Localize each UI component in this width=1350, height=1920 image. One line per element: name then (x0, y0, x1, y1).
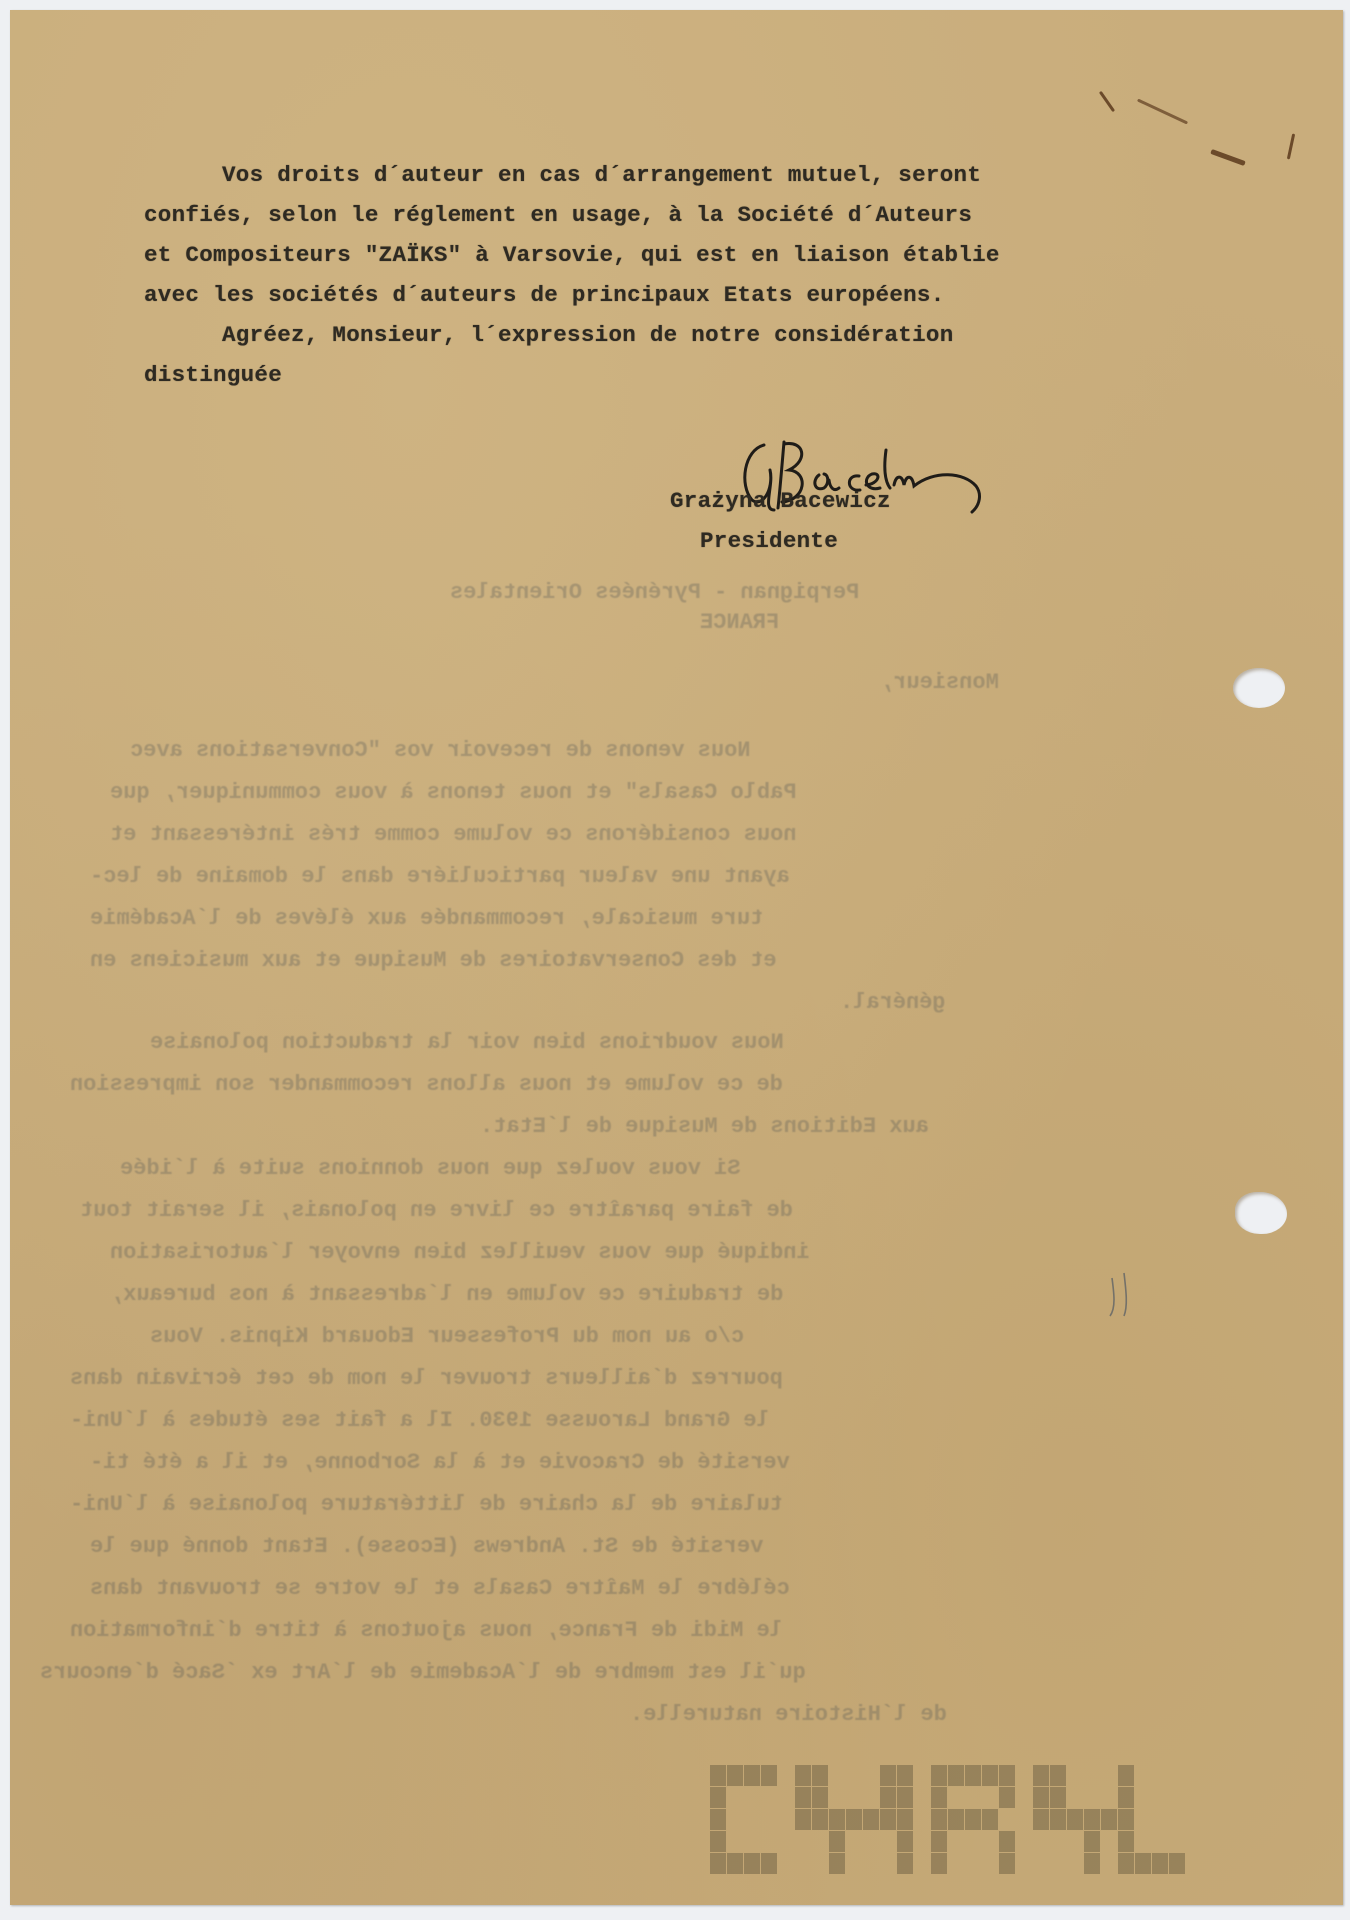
document-page: Perpignan - Pyrénées Orientales FRANCE M… (10, 10, 1343, 1905)
watermark-pixel (999, 1765, 1015, 1786)
paper-mark (1137, 99, 1188, 125)
watermark-pixel (1101, 1809, 1117, 1830)
watermark-pixel (727, 1787, 743, 1808)
signatory-name: Grażyna Bacewicz (670, 488, 891, 514)
ghost-line: de traduire ce volume en l´adressant à n… (110, 1282, 783, 1307)
watermark-pixel (1135, 1853, 1151, 1874)
watermark-pixel (948, 1787, 964, 1808)
punch-hole (1233, 668, 1285, 708)
watermark-pixel (1118, 1787, 1134, 1808)
watermark-pixel (1033, 1765, 1049, 1786)
watermark-pixel (846, 1765, 862, 1786)
watermark-pixel (931, 1787, 947, 1808)
watermark-pixel (948, 1765, 964, 1786)
ghost-line: Nous venons de recevoir vos "Conversatio… (130, 738, 751, 763)
paper-mark (1210, 149, 1246, 166)
watermark-pixel (744, 1853, 760, 1874)
watermark-pixel (829, 1765, 845, 1786)
ghost-line: et des Conservatoires de Musique et aux … (90, 948, 777, 973)
watermark-pixel (1033, 1853, 1049, 1874)
watermark-pixel (863, 1809, 879, 1830)
body-line: et Compositeurs "ZAÏKS" à Varsovie, qui … (144, 242, 1000, 268)
watermark-pixel (1050, 1831, 1066, 1852)
closing-line: Agréez, Monsieur, l´expression de notre … (222, 322, 954, 348)
ghost-line: tulaire de la chaire de littérature polo… (70, 1492, 783, 1517)
watermark-pixel (778, 1853, 794, 1874)
watermark-pixel (795, 1765, 811, 1786)
watermark-pixel (1033, 1809, 1049, 1830)
watermark-pixel (999, 1809, 1015, 1830)
watermark-pixel (880, 1831, 896, 1852)
watermark-pixel (795, 1831, 811, 1852)
watermark-pixel (1050, 1853, 1066, 1874)
watermark-pixel (1050, 1787, 1066, 1808)
ghost-line: c/o au nom du Professeur Edouard Kipnis.… (150, 1324, 744, 1349)
ghost-line: qu´il est membre de l´Academie de l´Art … (40, 1660, 806, 1685)
paper-mark (1287, 133, 1295, 159)
watermark-pixel (1033, 1787, 1049, 1808)
ghost-line: ture musicale, recommandée aux éléves de… (90, 906, 763, 931)
watermark-pixel (829, 1831, 845, 1852)
watermark-pixel (744, 1809, 760, 1830)
watermark-pixel (948, 1853, 964, 1874)
watermark-pixel (948, 1809, 964, 1830)
watermark-pixel (846, 1787, 862, 1808)
watermark-pixel (1135, 1787, 1151, 1808)
watermark-pixel (1118, 1831, 1134, 1852)
watermark-pixel (1016, 1853, 1032, 1874)
watermark-pixel (744, 1831, 760, 1852)
watermark-pixel (1152, 1853, 1168, 1874)
watermark-pixel (1016, 1831, 1032, 1852)
watermark-pixel (1084, 1787, 1100, 1808)
ghost-line: le Grand Larousse 1930. Il a fait ses ét… (70, 1408, 770, 1433)
watermark-pixel (710, 1765, 726, 1786)
body-line: avec les sociétés d´auteurs de principau… (144, 282, 945, 308)
watermark-pixel (812, 1787, 828, 1808)
paper-mark (1099, 91, 1115, 112)
watermark-pixel (744, 1787, 760, 1808)
ghost-line: le Midi de France, nous ajoutons à titre… (70, 1618, 783, 1643)
watermark-pixel (812, 1809, 828, 1830)
watermark-pixel (931, 1809, 947, 1830)
watermark-pixel (1152, 1831, 1168, 1852)
watermark-pixel (1101, 1765, 1117, 1786)
watermark-pixel (1169, 1787, 1185, 1808)
watermark-pixel (863, 1765, 879, 1786)
watermark-pixel (880, 1787, 896, 1808)
ghost-line: Monsieur, (880, 670, 999, 695)
watermark-pixel (1067, 1787, 1083, 1808)
watermark-pixel (1118, 1809, 1134, 1830)
ghost-line: indiqué que vous veuillez bien envoyer l… (110, 1240, 810, 1265)
watermark-pixel (1016, 1809, 1032, 1830)
watermark-pixel (1084, 1831, 1100, 1852)
ghost-line: de l´Histoire naturelle. (630, 1702, 947, 1727)
watermark-pixel (1050, 1765, 1066, 1786)
watermark-pixel (1067, 1853, 1083, 1874)
watermark-pixel (914, 1765, 930, 1786)
watermark-pixel (931, 1765, 947, 1786)
watermark-pixel (965, 1831, 981, 1852)
watermark-pixel (1067, 1831, 1083, 1852)
watermark-pixel (1084, 1765, 1100, 1786)
watermark-pixel (982, 1787, 998, 1808)
body-line: confiés, selon le réglement en usage, à … (144, 202, 972, 228)
watermark-pixel (1101, 1787, 1117, 1808)
punch-hole (1235, 1192, 1287, 1234)
watermark-pixel (914, 1787, 930, 1808)
watermark-pixel (999, 1831, 1015, 1852)
watermark-pixel (1152, 1765, 1168, 1786)
watermark-pixel (897, 1809, 913, 1830)
ghost-line: général. (840, 990, 946, 1015)
watermark-pixel (1169, 1853, 1185, 1874)
watermark-pixel (778, 1809, 794, 1830)
watermark-pixel (761, 1809, 777, 1830)
watermark-pixel (1084, 1809, 1100, 1830)
watermark-pixel (880, 1809, 896, 1830)
watermark-pixel (846, 1853, 862, 1874)
watermark-pixel (727, 1831, 743, 1852)
signatory-title: Presidente (700, 528, 838, 554)
ghost-line: de ce volume et nous allons recommander … (70, 1072, 783, 1097)
watermark-pixel (863, 1853, 879, 1874)
watermark-pixel (727, 1765, 743, 1786)
watermark-pixel (761, 1787, 777, 1808)
ghost-line: pourrez d´ailleurs trouver le nom de cet… (70, 1366, 783, 1391)
watermark-pixel (1118, 1853, 1134, 1874)
ghost-line: nous considérons ce volume comme trés in… (110, 822, 797, 847)
watermark-pixel (1101, 1831, 1117, 1852)
watermark-pixel (846, 1809, 862, 1830)
watermark-pixel (914, 1831, 930, 1852)
watermark-pixel (897, 1853, 913, 1874)
watermark-pixel (880, 1765, 896, 1786)
watermark-pixel (761, 1765, 777, 1786)
watermark-pixel (829, 1853, 845, 1874)
watermark-pixel (778, 1787, 794, 1808)
watermark-pixel (965, 1765, 981, 1786)
watermark-pixel (897, 1765, 913, 1786)
watermark-pixel (1152, 1809, 1168, 1830)
watermark-pixel (931, 1853, 947, 1874)
watermark-pixel (982, 1809, 998, 1830)
watermark-pixel (1135, 1831, 1151, 1852)
watermark-pixel (744, 1765, 760, 1786)
watermark-pixel (965, 1853, 981, 1874)
ghost-line: Pablo Casals" et nous tenons à vous comm… (110, 780, 797, 805)
watermark-pixel (1067, 1765, 1083, 1786)
watermark-pixel (863, 1787, 879, 1808)
watermark-pixel (1135, 1809, 1151, 1830)
watermark-pixel (710, 1831, 726, 1852)
watermark-cyryl (710, 1765, 1185, 1874)
watermark-pixel (1118, 1765, 1134, 1786)
watermark-pixel (1050, 1809, 1066, 1830)
watermark-pixel (1033, 1831, 1049, 1852)
watermark-pixel (1169, 1765, 1185, 1786)
ghost-line: de faire paraître ce livre en polonais, … (80, 1198, 793, 1223)
ghost-line: ayant une valeur particuliére dans le do… (90, 864, 790, 889)
ghost-line: Perpignan - Pyrénées Orientales (450, 580, 859, 605)
watermark-pixel (812, 1853, 828, 1874)
watermark-pixel (1016, 1787, 1032, 1808)
watermark-pixel (778, 1831, 794, 1852)
watermark-pixel (710, 1787, 726, 1808)
watermark-pixel (897, 1831, 913, 1852)
pencil-mark-icon (1100, 1268, 1140, 1318)
watermark-pixel (1084, 1853, 1100, 1874)
watermark-pixel (829, 1787, 845, 1808)
body-line: Vos droits d´auteur en cas d´arrangement… (222, 162, 981, 188)
ghost-line: FRANCE (700, 610, 779, 635)
watermark-pixel (1135, 1765, 1151, 1786)
watermark-pixel (710, 1809, 726, 1830)
watermark-pixel (710, 1853, 726, 1874)
ghost-line: versité de St. Andrews (Ecosse). Etant d… (90, 1534, 763, 1559)
watermark-pixel (761, 1853, 777, 1874)
watermark-pixel (999, 1787, 1015, 1808)
watermark-pixel (1169, 1831, 1185, 1852)
watermark-pixel (1152, 1787, 1168, 1808)
watermark-pixel (727, 1809, 743, 1830)
watermark-pixel (846, 1831, 862, 1852)
watermark-pixel (795, 1787, 811, 1808)
ghost-line: aux Editions de Musique de l´Etat. (480, 1114, 929, 1139)
watermark-pixel (965, 1787, 981, 1808)
watermark-pixel (1169, 1809, 1185, 1830)
watermark-pixel (965, 1809, 981, 1830)
watermark-pixel (880, 1853, 896, 1874)
watermark-pixel (812, 1831, 828, 1852)
closing-line: distinguée (144, 362, 282, 388)
watermark-pixel (795, 1809, 811, 1830)
watermark-pixel (1101, 1853, 1117, 1874)
watermark-pixel (914, 1809, 930, 1830)
watermark-pixel (778, 1765, 794, 1786)
watermark-pixel (982, 1765, 998, 1786)
watermark-pixel (727, 1853, 743, 1874)
watermark-pixel (863, 1831, 879, 1852)
watermark-pixel (931, 1831, 947, 1852)
watermark-pixel (897, 1787, 913, 1808)
watermark-pixel (1067, 1809, 1083, 1830)
watermark-pixel (1016, 1765, 1032, 1786)
ghost-line: versité de Cracovie et à la Sorbonne, et… (90, 1450, 790, 1475)
watermark-pixel (761, 1831, 777, 1852)
ghost-line: Si vous voulez que nous donnions suite à… (120, 1156, 741, 1181)
watermark-pixel (812, 1765, 828, 1786)
watermark-pixel (948, 1831, 964, 1852)
ghost-line: célébre le Maître Casals et le votre se … (90, 1576, 790, 1601)
watermark-pixel (982, 1853, 998, 1874)
watermark-pixel (795, 1853, 811, 1874)
watermark-pixel (982, 1831, 998, 1852)
watermark-pixel (999, 1853, 1015, 1874)
watermark-pixel (914, 1853, 930, 1874)
ghost-line: Nous voudrions bien voir la traduction p… (150, 1030, 784, 1055)
watermark-pixel (829, 1809, 845, 1830)
